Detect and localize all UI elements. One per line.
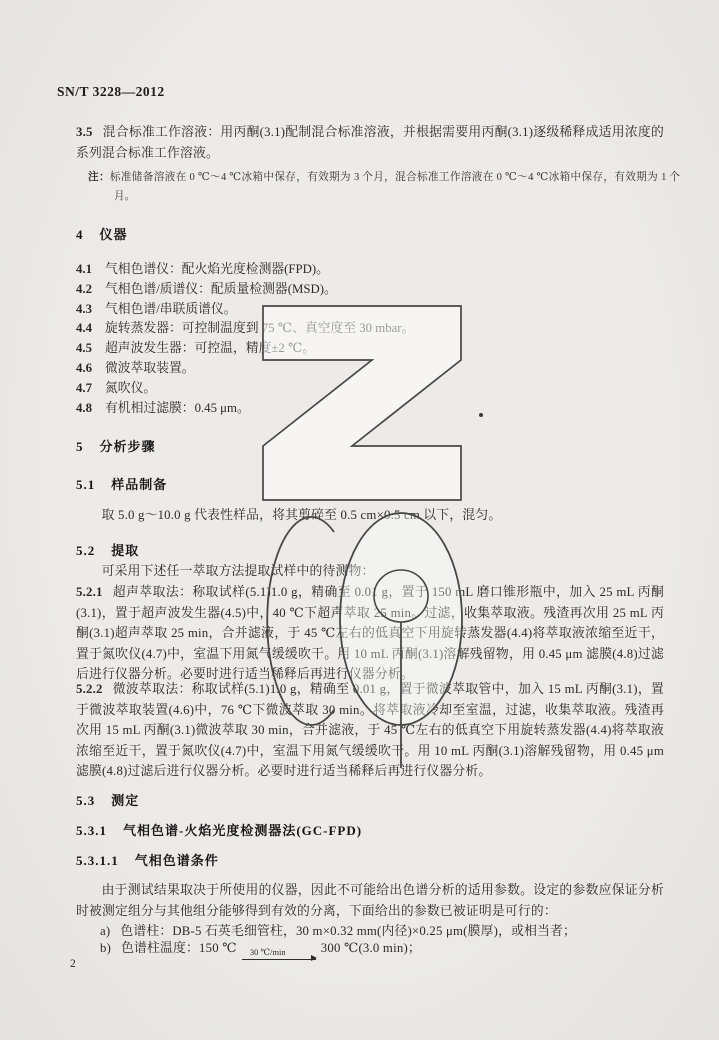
instrument-item: 4.8有机相过滤膜：0.45 μm。 [76, 399, 664, 419]
section-title: 气相色谱-火焰光度检测器法(GC-FPD) [123, 823, 362, 838]
list-item-label: b) [100, 941, 111, 955]
instrument-item: 4.3气相色谱/串联质谱仪。 [76, 300, 664, 320]
section-title: 测定 [111, 793, 139, 808]
clause-number: 5.2.2 [76, 682, 103, 696]
section-5-1-heading: 5.1样品制备 [76, 474, 167, 493]
right-arrow-icon [242, 959, 316, 966]
page-number: 2 [70, 958, 76, 970]
section-5-heading: 5分析步骤 [76, 436, 156, 455]
instrument-list: 4.1气相色谱仪：配火焰光度检测器(FPD)。 4.2气相色谱/质谱仪：配质量检… [76, 260, 664, 418]
list-item-text: 色谱柱温度：150 ℃ [121, 941, 237, 955]
note-label: 注： [88, 172, 110, 183]
clause-text: 微波萃取法：称取试样(5.1)1.0 g，精确至 0.01 g，置于微波萃取管中… [76, 682, 664, 778]
instrument-item: 4.7氮吹仪。 [76, 379, 664, 399]
section-number: 5.2 [76, 543, 95, 558]
section-5-3-heading: 5.3测定 [76, 790, 139, 809]
scanned-document-page: { "colors": { "paper": "#ecebe8", "ink":… [0, 0, 719, 1040]
extraction-intro: 可采用下述任一萃取方法提取试样中的待测物： [76, 561, 664, 582]
sample-prep-paragraph: 取 5.0 g～10.0 g 代表性样品，将其剪碎至 0.5 cm×0.5 cm… [76, 505, 664, 526]
section-number: 5.1 [76, 477, 95, 492]
temperature-ramp-arrow: 30 ℃/min [242, 948, 316, 966]
section-number: 5.3.1.1 [76, 853, 119, 868]
section-number: 5 [76, 439, 84, 454]
section-5-2-heading: 5.2提取 [76, 540, 139, 559]
list-item-text: 色谱柱：DB-5 石英毛细管柱，30 m×0.32 mm(内径)×0.25 μm… [120, 924, 576, 938]
clause-text: 超声萃取法：称取试样(5.1)1.0 g，精确至 0.01 g，置于 150 m… [76, 585, 664, 681]
document-body: SN/T 3228—2012 3.5混合标准工作溶液：用丙酮(3.1)配制混合标… [0, 0, 719, 1040]
clause-5-2-1: 5.2.1超声萃取法：称取试样(5.1)1.0 g，精确至 0.01 g，置于 … [76, 582, 664, 685]
clause-5-2-2: 5.2.2微波萃取法：称取试样(5.1)1.0 g，精确至 0.01 g，置于微… [76, 679, 664, 782]
clause-number: 3.5 [76, 125, 93, 139]
instrument-item: 4.6微波萃取装置。 [76, 359, 664, 379]
ramp-rate-label: 30 ℃/min [242, 948, 316, 957]
section-title: 仪器 [100, 227, 128, 242]
clause-number: 5.2.1 [76, 585, 103, 599]
note-text: 标准储备溶液在 0 ℃～4 ℃冰箱中保存，有效期为 3 个月，混合标准工作溶液在… [110, 172, 680, 202]
section-number: 4 [76, 227, 84, 242]
instrument-item: 4.1气相色谱仪：配火焰光度检测器(FPD)。 [76, 260, 664, 280]
list-item-b: b)色谱柱温度：150 ℃30 ℃/min300 ℃(3.0 min)； [76, 938, 710, 966]
section-title: 提取 [111, 543, 139, 558]
section-title: 气相色谱条件 [135, 853, 219, 868]
section-title: 分析步骤 [100, 439, 156, 454]
note-block: 注：标准储备溶液在 0 ℃～4 ℃冰箱中保存，有效期为 3 个月，混合标准工作溶… [88, 168, 680, 206]
list-item-text: 300 ℃(3.0 min)； [321, 941, 421, 955]
section-number: 5.3 [76, 793, 95, 808]
list-item-label: a) [100, 924, 110, 938]
clause-3-5: 3.5混合标准工作溶液：用丙酮(3.1)配制混合标准溶液，并根据需要用丙酮(3.… [76, 122, 664, 163]
section-4-heading: 4仪器 [76, 224, 128, 243]
section-5-3-1-heading: 5.3.1气相色谱-火焰光度检测器法(GC-FPD) [76, 820, 362, 839]
clause-text: 混合标准工作溶液：用丙酮(3.1)配制混合标准溶液，并根据需要用丙酮(3.1)逐… [76, 125, 664, 160]
instrument-item: 4.5超声波发生器：可控温，精度±2 ℃。 [76, 339, 664, 359]
section-number: 5.3.1 [76, 823, 107, 838]
section-5-3-1-1-heading: 5.3.1.1气相色谱条件 [76, 850, 219, 869]
instrument-item: 4.2气相色谱/质谱仪：配质量检测器(MSD)。 [76, 280, 664, 300]
gc-conditions-paragraph: 由于测试结果取决于所使用的仪器，因此不可能给出色谱分析的适用参数。设定的参数应保… [76, 880, 664, 921]
doc-number: SN/T 3228—2012 [57, 84, 165, 100]
section-title: 样品制备 [111, 477, 167, 492]
instrument-item: 4.4旋转蒸发器：可控制温度到 75 ℃、真空度至 30 mbar。 [76, 319, 664, 339]
